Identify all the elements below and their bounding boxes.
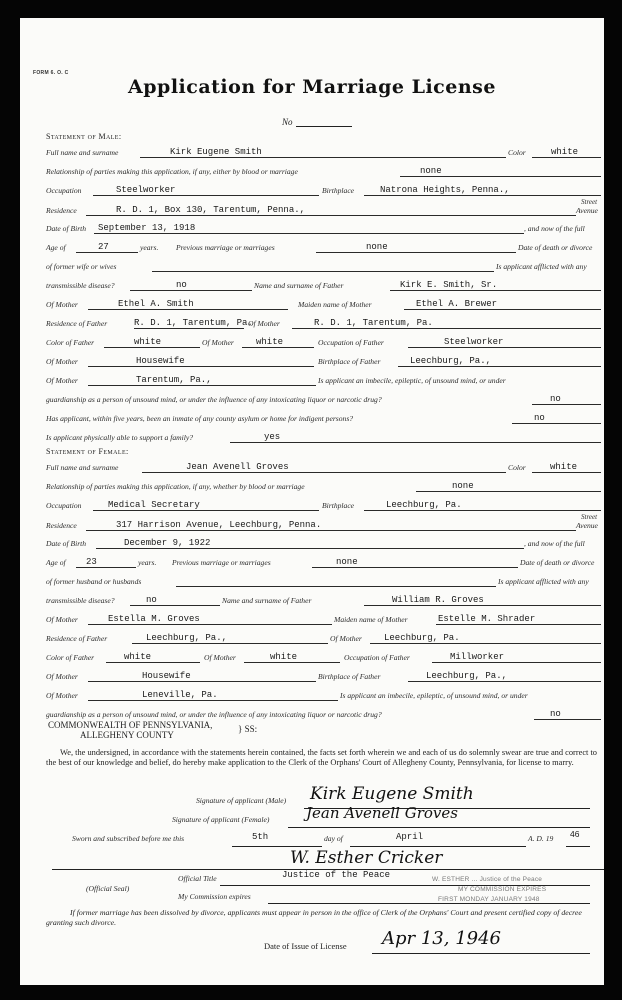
label: Of Mother [202, 338, 234, 347]
male-father-birthplace-value: Leechburg, Pa., [410, 356, 491, 366]
ad-label: A. D. 19 [528, 834, 553, 843]
female-mother-residence-value: Leechburg, Pa. [384, 633, 460, 643]
label: Full name and surname [46, 148, 118, 157]
male-former-spouse-row: of former wife or wives Is applicant aff… [46, 258, 601, 272]
male-mother-name-row: Of Mother Ethel A. Smith Maiden name of … [46, 296, 601, 310]
label: years. [140, 243, 158, 252]
label: Of Mother [204, 653, 236, 662]
female-residence-row: Street Residence 317 Harrison Avenue, Le… [46, 517, 601, 531]
male-mother-birthplace-row: Of Mother Tarentum, Pa., Is applicant an… [46, 372, 601, 386]
male-disease-value: no [176, 280, 187, 290]
male-age-value: 27 [98, 242, 109, 252]
label: Birthplace of Father [318, 357, 380, 366]
label: Full name and surname [46, 463, 118, 472]
male-guardianship-value: no [550, 394, 561, 404]
label: of former wife or wives [46, 262, 116, 271]
label: Color [508, 463, 526, 472]
label: Street [581, 513, 597, 521]
male-dob-row: Date of Birth September 13, 1918 , and n… [46, 220, 601, 234]
official-seal-label: (Official Seal) [86, 884, 129, 893]
label: Residence of Father [46, 634, 107, 643]
marriage-license-application: FORM 6. O. C Application for Marriage Li… [20, 18, 604, 985]
male-occupation-row: Occupation Steelworker Birthplace Natron… [46, 182, 601, 196]
female-signature: Jean Avenell Groves [306, 804, 458, 822]
document-title: Application for Marriage License [20, 76, 604, 98]
official-title-label: Official Title [178, 874, 217, 883]
license-number-field [296, 126, 352, 127]
male-previous-marriage-value: none [366, 242, 388, 252]
female-dob-value: December 9, 1922 [124, 538, 210, 548]
female-relationship-value: none [452, 481, 474, 491]
female-signature-line [288, 827, 590, 828]
male-mother-occupation-row: Of Mother Housewife Birthplace of Father… [46, 353, 601, 367]
female-full-name-row: Full name and surname Jean Avenell Grove… [46, 459, 601, 473]
label: Date of death or divorce [520, 558, 594, 567]
label: Occupation of Father [344, 653, 410, 662]
male-mother-color-value: white [256, 337, 283, 347]
label: Previous marriage or marriages [172, 558, 271, 567]
female-mother-birthplace-value: Leneville, Pa. [142, 690, 218, 700]
male-father-name-value: Kirk E. Smith, Sr. [400, 280, 497, 290]
label: Of Mother [248, 319, 280, 328]
female-mother-occupation-value: Housewife [142, 671, 191, 681]
female-former-spouse-row: of former husband or husbands Is applica… [46, 573, 601, 587]
label: Occupation of Father [318, 338, 384, 347]
sworn-month-value: April [396, 832, 423, 842]
male-signature: Kirk Eugene Smith [310, 784, 474, 804]
label: Color of Father [46, 653, 94, 662]
label: of former husband or husbands [46, 577, 141, 586]
label: Birthplace [322, 501, 354, 510]
label: Date of Birth [46, 539, 86, 548]
female-guardianship-row: guardianship as a person of unsound mind… [46, 706, 601, 720]
female-previous-marriage-value: none [336, 557, 358, 567]
sworn-day-value: 5th [252, 832, 268, 842]
ss-label: } SS: [238, 724, 257, 734]
label: guardianship as a person of unsound mind… [46, 710, 382, 719]
label: Of Mother [46, 691, 78, 700]
label: Of Mother [46, 376, 78, 385]
label: Name and surname of Father [222, 596, 311, 605]
label: , and now of the full [524, 224, 585, 233]
sworn-label: Sworn and subscribed before me this [72, 834, 184, 843]
female-relationship-row: Relationship of parties making this appl… [46, 478, 601, 492]
commonwealth-label: COMMONWEALTH OF PENNSYLVANIA, [48, 720, 212, 730]
female-father-occupation-value: Millworker [450, 652, 504, 662]
female-disease-row: transmissible disease? no Name and surna… [46, 592, 601, 606]
male-color-value: white [551, 147, 578, 157]
divorce-note: If former marriage has been dissolved by… [46, 908, 602, 927]
label: years. [138, 558, 156, 567]
female-mother-occupation-row: Of Mother Housewife Birthplace of Father… [46, 668, 601, 682]
male-father-color-value: white [134, 337, 161, 347]
male-mother-residence-value: R. D. 1, Tarentum, Pa. [314, 318, 433, 328]
label: Previous marriage or marriages [176, 243, 275, 252]
label: Has applicant, within five years, been a… [46, 414, 353, 423]
female-father-birthplace-value: Leechburg, Pa., [426, 671, 507, 681]
label: Residence [46, 206, 77, 215]
label: Date of Birth [46, 224, 86, 233]
male-father-occupation-value: Steelworker [444, 337, 503, 347]
female-guardianship-value: no [550, 709, 561, 719]
label: Of Mother [46, 357, 78, 366]
female-disease-value: no [146, 595, 157, 605]
male-occupation-value: Steelworker [116, 185, 175, 195]
official-signature: W. Esther Cricker [290, 848, 442, 868]
sworn-year-value: 46 [570, 829, 579, 839]
label: Birthplace [322, 186, 354, 195]
label: Maiden name of Mother [334, 615, 408, 624]
label: Color [508, 148, 526, 157]
official-title-value: Justice of the Peace [282, 870, 390, 880]
male-mother-occupation-value: Housewife [136, 356, 185, 366]
female-section-title: Statement of Female: [46, 447, 129, 456]
female-parents-color-row: Color of Father white Of Mother white Oc… [46, 649, 601, 663]
male-full-name-value: Kirk Eugene Smith [170, 147, 262, 157]
label: Is applicant afflicted with any [496, 262, 587, 271]
label: Maiden name of Mother [298, 300, 372, 309]
issue-date-line [372, 953, 590, 954]
female-dob-row: Date of Birth December 9, 1922 , and now… [46, 535, 601, 549]
sworn-month-line [350, 846, 526, 847]
male-residence-value: R. D. 1, Box 130, Tarentum, Penna., [116, 205, 305, 215]
issue-date-value: Apr 13, 1946 [382, 928, 501, 949]
commission-label: My Commission expires [178, 892, 251, 901]
female-age-row: Age of 23 years. Previous marriage or ma… [46, 554, 601, 568]
female-color-value: white [550, 462, 577, 472]
female-father-residence-value: Leechburg, Pa., [146, 633, 227, 643]
license-number-label: No [282, 117, 293, 127]
female-age-value: 23 [86, 557, 97, 567]
county-label: ALLEGHENY COUNTY [80, 730, 174, 740]
female-occupation-row: Occupation Medical Secretary Birthplace … [46, 497, 601, 511]
label: Of Mother [46, 672, 78, 681]
male-asylum-row: Has applicant, within five years, been a… [46, 410, 601, 424]
label: transmissible disease? [46, 596, 115, 605]
label: Date of death or divorce [518, 243, 592, 252]
female-mother-maiden-value: Estelle M. Shrader [438, 614, 535, 624]
label: Color of Father [46, 338, 94, 347]
male-dob-value: September 13, 1918 [98, 223, 195, 233]
male-residence-row: Street Residence R. D. 1, Box 130, Taren… [46, 202, 601, 216]
female-occupation-value: Medical Secretary [108, 500, 200, 510]
label: Of Mother [46, 615, 78, 624]
label: Is applicant physically able to support … [46, 433, 193, 442]
commission-line [268, 903, 590, 904]
male-signature-label: Signature of applicant (Male) [196, 796, 286, 805]
issue-date-label: Date of Issue of License [264, 941, 347, 951]
male-support-row: Is applicant physically able to support … [46, 429, 601, 443]
female-mother-color-value: white [270, 652, 297, 662]
female-birthplace-value: Leechburg, Pa. [386, 500, 462, 510]
male-section-title: Statement of Male: [46, 132, 122, 141]
female-mother-name-value: Estella M. Groves [108, 614, 200, 624]
male-relationship-row: Relationship of parties making this appl… [46, 163, 601, 177]
male-mother-name-value: Ethel A. Smith [118, 299, 194, 309]
label: Residence [46, 521, 77, 530]
female-residence-value: 317 Harrison Avenue, Leechburg, Penna. [116, 520, 321, 530]
male-mother-birthplace-value: Tarentum, Pa., [136, 375, 212, 385]
male-age-row: Age of 27 years. Previous marriage or ma… [46, 239, 601, 253]
female-mother-birthplace-row: Of Mother Leneville, Pa. Is applicant an… [46, 687, 601, 701]
male-birthplace-value: Natrona Heights, Penna., [380, 185, 510, 195]
male-disease-row: transmissible disease? no Name and surna… [46, 277, 601, 291]
official-stamp-line-2: MY COMMISSION EXPIRES [458, 886, 546, 893]
label: Is applicant an imbecile, epileptic, of … [318, 376, 506, 385]
label: guardianship as a person of unsound mind… [46, 395, 382, 404]
male-full-name-row: Full name and surname Kirk Eugene Smith … [46, 144, 601, 158]
label: , and now of the full [524, 539, 585, 548]
label: Age of [46, 243, 66, 252]
female-parents-residence-row: Residence of Father Leechburg, Pa., Of M… [46, 630, 601, 644]
oath-paragraph: We, the undersigned, in accordance with … [46, 748, 602, 767]
female-father-color-value: white [124, 652, 151, 662]
label: Street [581, 198, 597, 206]
female-signature-label: Signature of applicant (Female) [172, 815, 269, 824]
male-parents-residence-row: Residence of Father R. D. 1, Tarentum, P… [46, 315, 601, 329]
official-stamp-line-3: FIRST MONDAY JANUARY 1948 [438, 896, 540, 903]
label: transmissible disease? [46, 281, 115, 290]
label: Occupation [46, 186, 81, 195]
male-relationship-value: none [420, 166, 442, 176]
sworn-year-line [566, 846, 590, 847]
label: Name and surname of Father [254, 281, 343, 290]
male-support-value: yes [264, 432, 280, 442]
sworn-day-line [232, 846, 322, 847]
male-guardianship-row: guardianship as a person of unsound mind… [46, 391, 601, 405]
label: Relationship of parties making this appl… [46, 482, 305, 491]
label: Is applicant an imbecile, epileptic, of … [340, 691, 528, 700]
label: Age of [46, 558, 66, 567]
official-stamp-line-1: W. ESTHER ... Justice of the Peace [432, 876, 542, 883]
label: Of Mother [46, 300, 78, 309]
male-asylum-value: no [534, 413, 545, 423]
female-father-name-value: William R. Groves [392, 595, 484, 605]
label: Is applicant afflicted with any [498, 577, 589, 586]
female-mother-name-row: Of Mother Estella M. Groves Maiden name … [46, 611, 601, 625]
female-full-name-value: Jean Avenell Groves [186, 462, 289, 472]
label: Avenue [576, 521, 598, 530]
label: Relationship of parties making this appl… [46, 167, 298, 176]
label: Avenue [576, 206, 598, 215]
label: Birthplace of Father [318, 672, 380, 681]
male-parents-color-row: Color of Father white Of Mother white Oc… [46, 334, 601, 348]
label: Of Mother [330, 634, 362, 643]
label: Residence of Father [46, 319, 107, 328]
label: Occupation [46, 501, 81, 510]
male-mother-maiden-value: Ethel A. Brewer [416, 299, 497, 309]
day-of-label: day of [324, 834, 343, 843]
male-father-residence-value: R. D. 1, Tarentum, Pa. [134, 318, 253, 328]
